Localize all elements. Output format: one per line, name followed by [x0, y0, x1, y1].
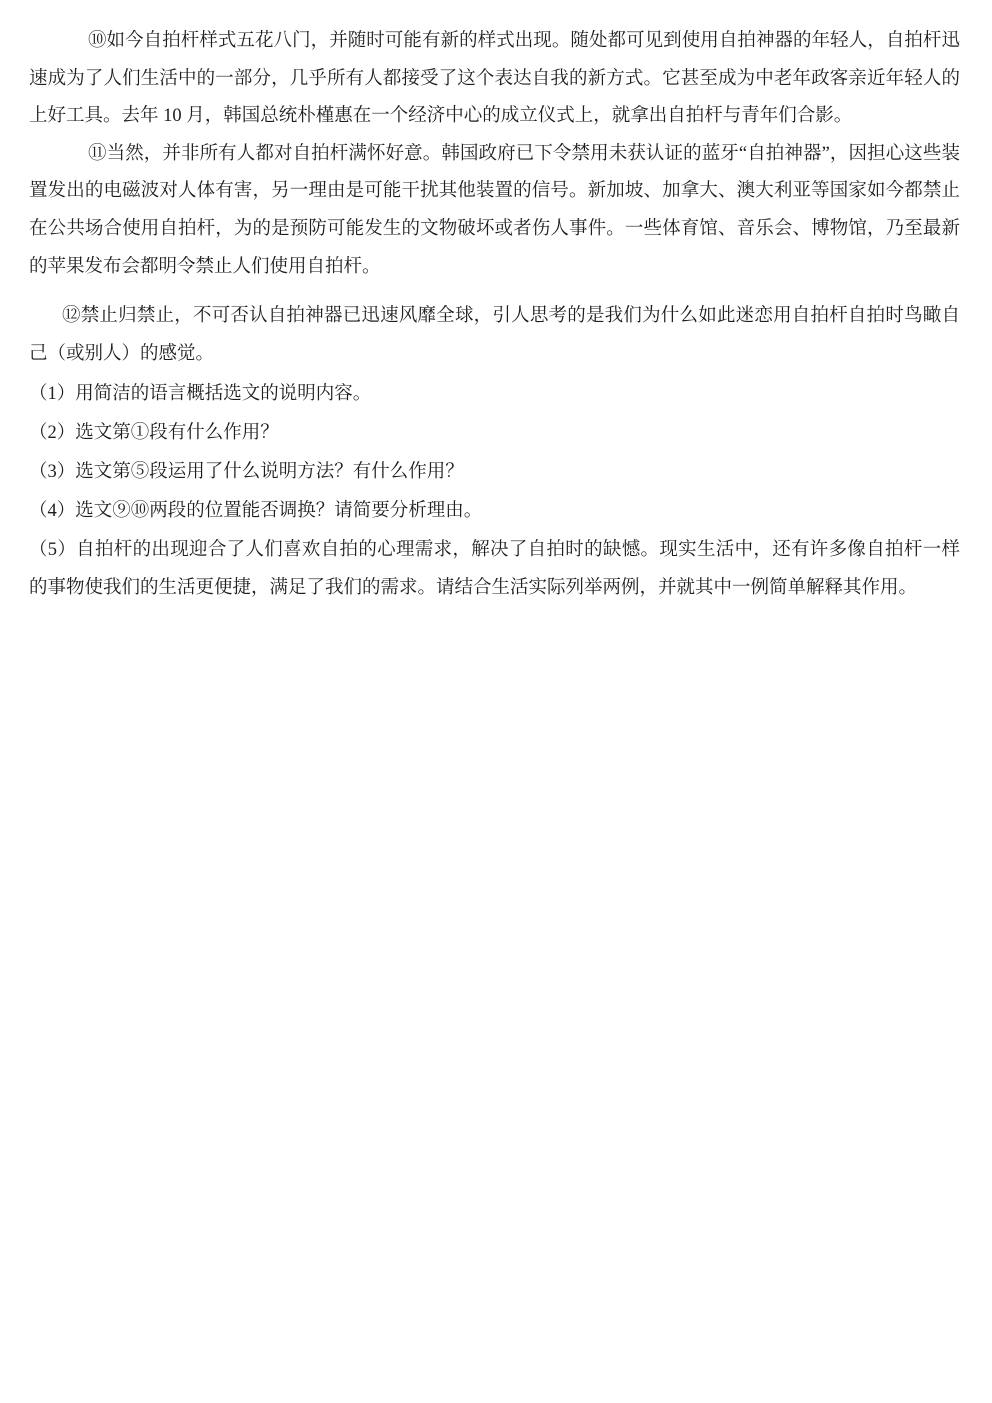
- paragraph-10: ⑩如今自拍杆样式五花八门，并随时可能有新的样式出现。随处都可见到使用自拍神器的年…: [29, 23, 960, 136]
- paragraph-12: ⑫禁止归禁止，不可否认自拍神器已迅速风靡全球，引人思考的是我们为什么如此迷恋用自…: [29, 298, 960, 373]
- question-5: （5）自拍杆的出现迎合了人们喜欢自拍的心理需求，解决了自拍时的缺憾。现实生活中，…: [29, 531, 960, 609]
- paragraph-11: ⑪当然，并非所有人都对自拍杆满怀好意。韩国政府已下令禁用未获认证的蓝牙“自拍神器…: [29, 136, 960, 286]
- question-3: （3）选文第⑤段运用了什么说明方法？有什么作用？: [29, 453, 960, 492]
- question-2: （2）选文第①段有什么作用？: [29, 414, 960, 453]
- question-1: （1）用简洁的语言概括选文的说明内容。: [29, 375, 960, 414]
- document-page: ⑩如今自拍杆样式五花八门，并随时可能有新的样式出现。随处都可见到使用自拍神器的年…: [0, 0, 992, 1403]
- question-4: （4）选文⑨⑩两段的位置能否调换？请简要分析理由。: [29, 492, 960, 531]
- document-text-block: ⑩如今自拍杆样式五花八门，并随时可能有新的样式出现。随处都可见到使用自拍神器的年…: [0, 0, 992, 608]
- question-list: （1）用简洁的语言概括选文的说明内容。 （2）选文第①段有什么作用？ （3）选文…: [29, 375, 960, 608]
